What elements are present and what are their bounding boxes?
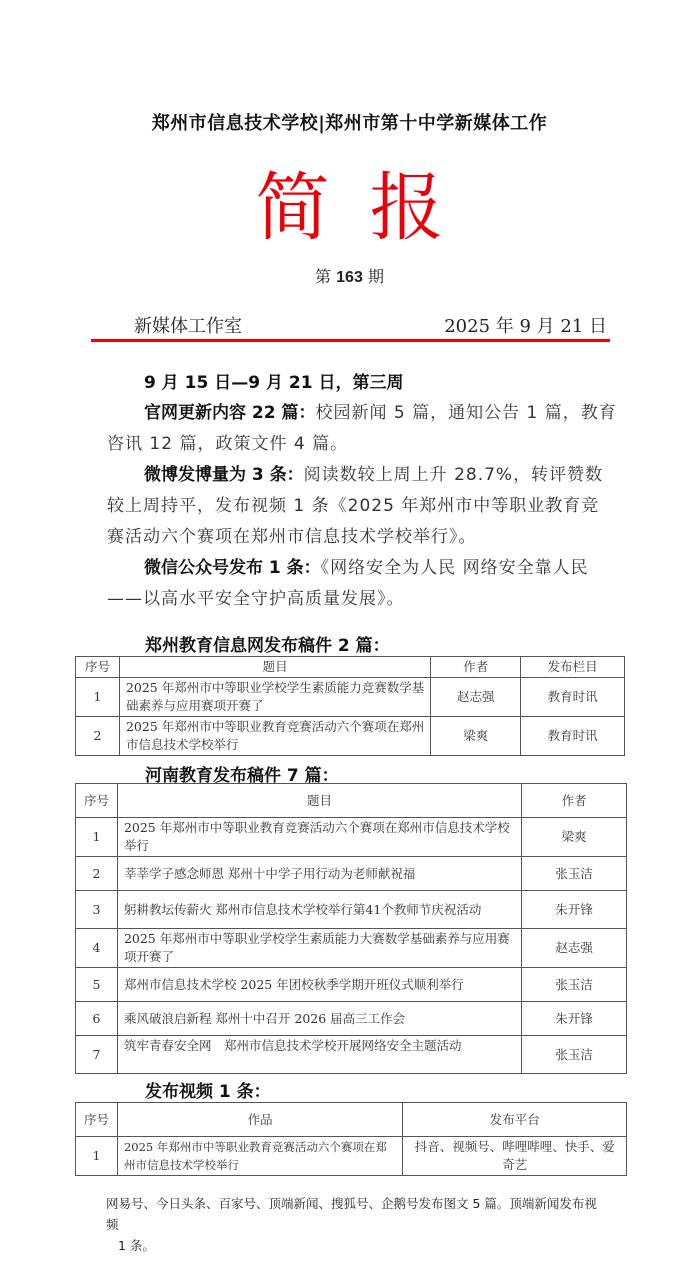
footer-note: 网易号、今日头条、百家号、顶端新闻、搜狐号、企鹅号发布图文 5 篇。顶端新闻发布… [106,1193,606,1256]
footer-note-line1: 网易号、今日头条、百家号、顶端新闻、搜狐号、企鹅号发布图文 5 篇。顶端新闻发布… [106,1196,597,1232]
masthead-title: 简报 [0,168,699,248]
cell-no: 2 [76,717,120,756]
videos-table: 序号 作品 发布平台 1 2025 年郑州市中等职业教育竞赛活动六个赛项在郑州市… [75,1102,627,1176]
col-no: 序号 [76,657,120,678]
cell-no: 1 [76,818,118,857]
cell-no: 1 [76,1137,118,1176]
table-row: 5 郑州市信息技术学校 2025 年团校秋季学期开班仪式顺利举行 张玉洁 [76,968,627,1002]
cell-author: 朱开锋 [522,1002,627,1036]
table-row: 2 莘莘学子感念师恩 郑州十中学子用行动为老师献祝福 张玉洁 [76,857,627,891]
col-author: 作者 [431,657,521,678]
cell-no: 5 [76,968,118,1002]
table-header-row: 序号 题目 作者 [76,784,627,818]
table-row: 2 2025 年郑州市中等职业教育竞赛活动六个赛项在郑州市信息技术学校举行 梁爽… [76,717,625,756]
table-row: 4 2025 年郑州市中等职业学校学生素质能力大赛数学基础素养与应用赛项开赛了 … [76,929,627,968]
cell-title: 2025 年郑州市中等职业教育竞赛活动六个赛项在郑州市信息技术学校举行 [119,717,430,756]
cell-author: 张玉洁 [522,1036,627,1074]
weibo-lead: 微博发博量为 3 条： [144,465,304,485]
videos-title: 发布视频 1 条： [145,1077,271,1102]
table-row: 1 2025 年郑州市中等职业教育竞赛活动六个赛项在郑州市信息技术学校举行 抖音… [76,1137,627,1176]
issue-prefix: 第 [315,267,331,286]
cell-no: 1 [76,678,120,717]
cell-title: 莘莘学子感念师恩 郑州十中学子用行动为老师献祝福 [117,857,521,891]
publish-date: 2025 年 9 月 21 日 [444,312,607,338]
col-title: 题目 [117,784,521,818]
col-work: 作品 [117,1103,402,1137]
cell-title: 郑州市信息技术学校 2025 年团校秋季学期开班仪式顺利举行 [117,968,521,1002]
cell-platforms: 抖音、视频号、哔哩哔哩、快手、爱奇艺 [403,1137,627,1176]
zz-edu-net-table: 序号 题目 作者 发布栏目 1 2025 年郑州市中等职业学校学生素质能力竞赛数… [75,656,625,756]
website-summary: 官网更新内容 22 篇：校园新闻 5 篇，通知公告 1 篇，教育咨讯 12 篇，… [107,398,617,460]
cell-no: 3 [76,891,118,929]
zz-edu-net-title: 郑州教育信息网发布稿件 2 篇： [145,631,390,656]
cell-author: 梁爽 [431,717,521,756]
col-column: 发布栏目 [521,657,625,678]
wechat-summary: 微信公众号发布 1 条：《网络安全为人民 网络安全靠人民——以高水平安全守护高质… [107,553,617,615]
org-header-line: 郑州市信息技术学校|郑州市第十中学新媒体工作 [0,109,699,135]
weibo-summary: 微博发博量为 3 条：阅读数较上周上升 28.7%，转评赞数较上周持平，发布视频… [107,460,617,553]
issue-value: 163 [336,269,363,286]
week-range: 9 月 15 日—9 月 21 日，第三周 [107,368,617,399]
footer-note-line2: 1 条。 [106,1235,606,1256]
issue-number: 第 163 期 [0,264,699,287]
cell-column: 教育时讯 [521,678,625,717]
department-name: 新媒体工作室 [134,312,242,338]
cell-title: 乘风破浪启新程 郑州十中召开 2026 届高三工作会 [117,1002,521,1036]
cell-author: 朱开锋 [522,891,627,929]
cell-title: 2025 年郑州市中等职业学校学生素质能力大赛数学基础素养与应用赛项开赛了 [117,929,521,968]
wechat-lead: 微信公众号发布 1 条： [144,558,321,578]
table-row: 1 2025 年郑州市中等职业学校学生素质能力竞赛数学基础素养与应用赛项开赛了 … [76,678,625,717]
col-title: 题目 [119,657,430,678]
table-header-row: 序号 作品 发布平台 [76,1103,627,1137]
cell-column: 教育时讯 [521,717,625,756]
cell-work: 2025 年郑州市中等职业教育竞赛活动六个赛项在郑州市信息技术学校举行 [117,1137,402,1176]
table-row: 6 乘风破浪启新程 郑州十中召开 2026 届高三工作会 朱开锋 [76,1002,627,1036]
cell-title: 2025 年郑州市中等职业学校学生素质能力竞赛数学基础素养与应用赛项开赛了 [119,678,430,717]
cell-author: 梁爽 [522,818,627,857]
cell-author: 赵志强 [431,678,521,717]
cell-author: 赵志强 [522,929,627,968]
cell-no: 6 [76,1002,118,1036]
table-row: 3 躬耕教坛传薪火 郑州市信息技术学校举行第41个教师节庆祝活动 朱开锋 [76,891,627,929]
header-divider [91,339,610,342]
cell-author: 张玉洁 [522,968,627,1002]
website-lead: 官网更新内容 22 篇： [144,403,316,423]
cell-author: 张玉洁 [522,857,627,891]
cell-title: 筑牢青春安全网 郑州市信息技术学校开展网络安全主题活动 [117,1036,521,1074]
cell-no: 2 [76,857,118,891]
cell-title: 2025 年郑州市中等职业教育竞赛活动六个赛项在郑州市信息技术学校举行 [117,818,521,857]
table-row: 1 2025 年郑州市中等职业教育竞赛活动六个赛项在郑州市信息技术学校举行 梁爽 [76,818,627,857]
col-platform: 发布平台 [403,1103,627,1137]
cell-no: 4 [76,929,118,968]
table-row: 7 筑牢青春安全网 郑州市信息技术学校开展网络安全主题活动 张玉洁 [76,1036,627,1074]
table-header-row: 序号 题目 作者 发布栏目 [76,657,625,678]
cell-no: 7 [76,1036,118,1074]
col-no: 序号 [76,784,118,818]
issue-suffix: 期 [368,267,384,286]
henan-edu-table: 序号 题目 作者 1 2025 年郑州市中等职业教育竞赛活动六个赛项在郑州市信息… [75,783,627,1074]
col-no: 序号 [76,1103,118,1137]
cell-title: 躬耕教坛传薪火 郑州市信息技术学校举行第41个教师节庆祝活动 [117,891,521,929]
col-author: 作者 [522,784,627,818]
